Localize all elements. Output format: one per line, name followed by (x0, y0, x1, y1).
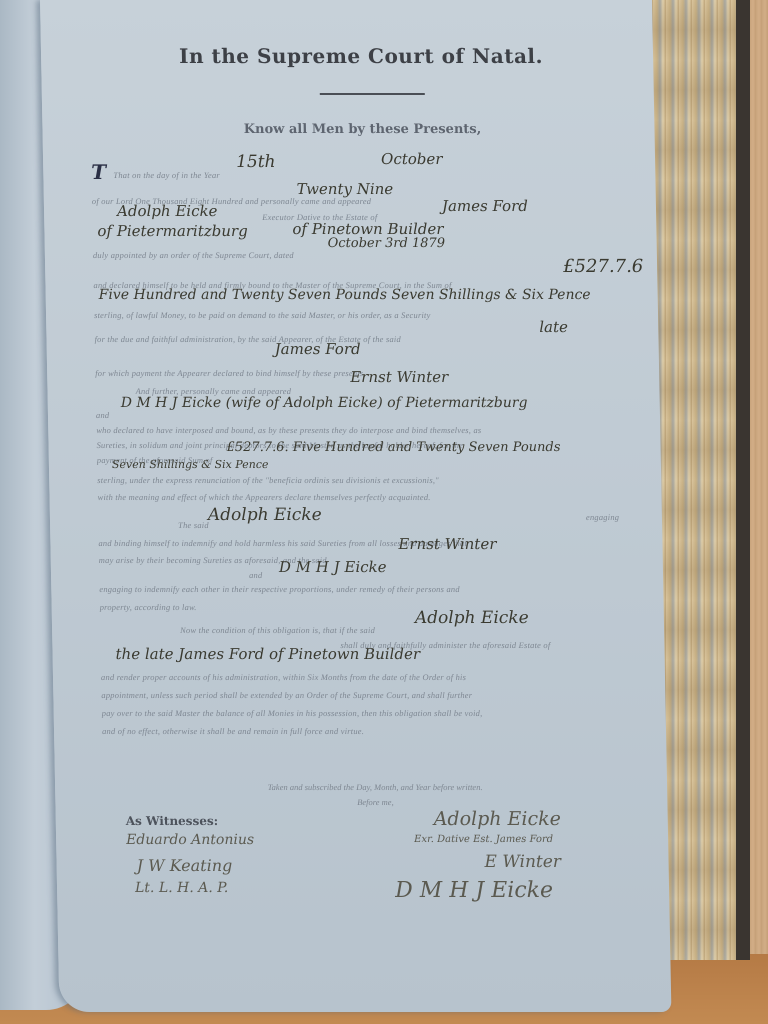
witness-2-title: Lt. L. H. A. P. (135, 880, 228, 896)
printed-line: duly appointed by an order of the Suprem… (93, 250, 637, 260)
subheader: Know all Men by these Presents, (90, 122, 634, 137)
signature-ernst-winter: E Winter (484, 852, 561, 872)
printed-line: pay over to the said Master the balance … (102, 708, 646, 718)
printed-line: That on the day of in the Year (113, 170, 635, 180)
handwritten-year: Twenty Nine (296, 180, 393, 198)
handwritten-said-3: D M H J Eicke (279, 558, 387, 576)
handwritten-order-date: October 3rd 1879 (328, 236, 446, 251)
signature-dmhj-eicke: D M H J Eicke (395, 878, 553, 903)
printed-line: property, according to law. (100, 602, 644, 612)
court-header: In the Supreme Court of Natal. (89, 44, 633, 68)
witness-1-signature: Eduardo Antonius (126, 832, 254, 848)
handwritten-sum-repeat: £527.7.6. Five Hundred and Twenty Seven … (226, 440, 560, 455)
printed-line: Now the condition of this obligation is,… (180, 625, 644, 635)
document-page: In the Supreme Court of Natal. Know all … (40, 0, 671, 1012)
handwritten-deceased: James Ford (275, 340, 361, 358)
handwritten-sum-words: Five Hundred and Twenty Seven Pounds Sev… (99, 287, 591, 303)
printed-line: engaging to indemnify each other in thei… (99, 584, 643, 594)
taken-subscribed-line: Taken and subscribed the Day, Month, and… (103, 782, 647, 792)
handwritten-sum-figures: £527.7.6 (563, 256, 644, 277)
header-rule (320, 93, 425, 95)
handwritten-estate: James Ford (442, 197, 528, 215)
handwritten-late: late (539, 318, 568, 336)
handwritten-surety-1: Ernst Winter (350, 368, 448, 386)
printed-line: with the meaning and effect of which the… (97, 492, 641, 502)
handwritten-month: October (381, 150, 443, 168)
handwritten-said-2: Ernst Winter (398, 535, 496, 553)
handwritten-surety-2: D M H J Eicke (wife of Adolph Eicke) of … (121, 395, 528, 411)
printed-line: appointment, unless such period shall be… (101, 690, 645, 700)
witnesses-label: As Witnesses: (126, 814, 219, 828)
printed-line: and binding himself to indemnify and hol… (98, 538, 642, 548)
printed-line: and render proper accounts of his admini… (101, 672, 645, 682)
handwritten-appearer-place: of Pietermaritzburg (97, 222, 248, 240)
printed-line: and (96, 410, 640, 420)
handwritten-said-1: Adolph Eicke (208, 505, 322, 525)
witness-2-signature: J W Keating (136, 856, 232, 875)
handwritten-appearer: Adolph Eicke (117, 202, 218, 220)
handwritten-condition-estate: the late James Ford of Pinetown Builder (115, 645, 420, 663)
handwritten-day: 15th (236, 152, 276, 172)
before-me-line: Before me, (103, 797, 647, 807)
printed-line: sterling, under the express renunciation… (97, 475, 641, 485)
printed-line: and of no effect, otherwise it shall be … (102, 726, 646, 736)
handwritten-sum-repeat-cont: Seven Shillings & Six Pence (112, 458, 269, 471)
signature-adolph-eicke: Adolph Eicke (434, 808, 562, 830)
handwritten-condition-name: Adolph Eicke (415, 608, 529, 628)
drop-cap: T (91, 160, 106, 184)
signature-executor-note: Exr. Dative Est. James Ford (414, 834, 553, 845)
printed-line: who declared to have interposed and boun… (96, 425, 640, 435)
